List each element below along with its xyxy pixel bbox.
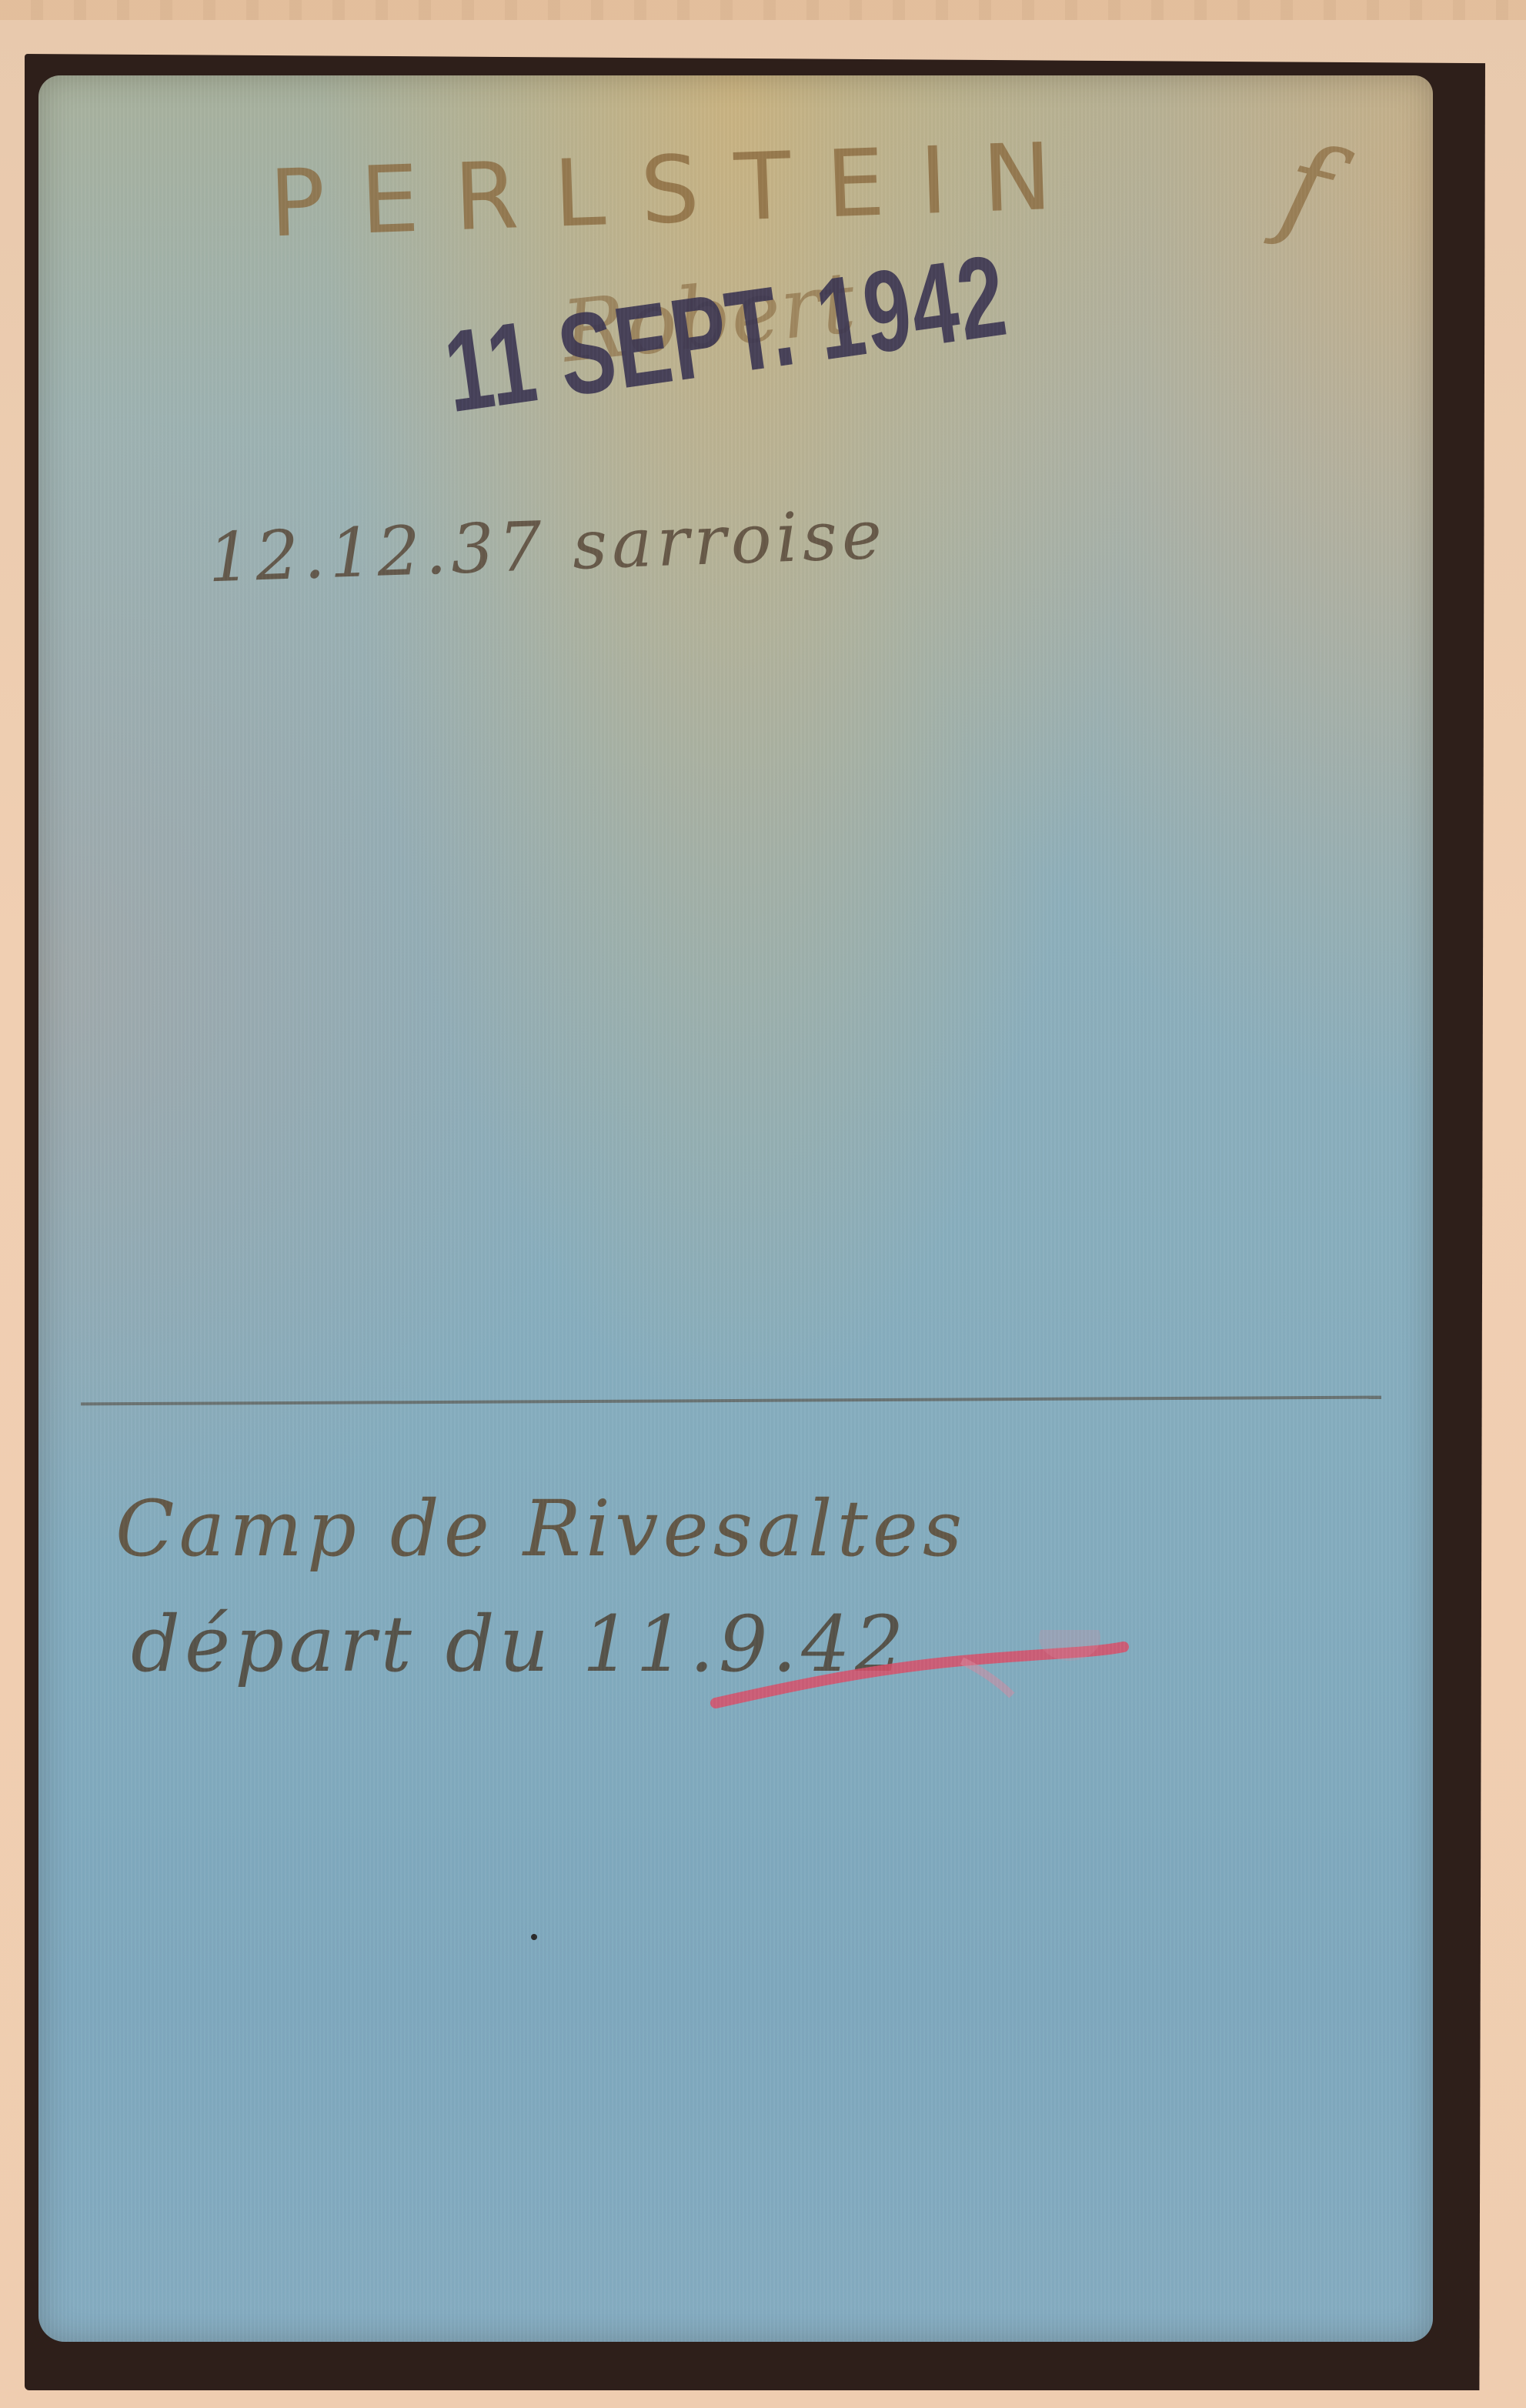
- background-strip: [0, 0, 1526, 20]
- index-card: PERLSTEIN f Robert 11 SEPT. 1942 12.12.3…: [38, 75, 1433, 2342]
- ink-speck: [531, 1934, 537, 1940]
- birth-date-nationality-text: 12.12.37 sarroise: [206, 495, 887, 598]
- red-pencil-underline-icon: [708, 1630, 1139, 1722]
- marker-text: f: [1270, 119, 1344, 259]
- date-stamp: 11 SEPT. 1942: [437, 229, 1014, 439]
- camp-text: Camp de Rivesaltes: [115, 1484, 967, 1574]
- divider-line: [81, 1396, 1381, 1406]
